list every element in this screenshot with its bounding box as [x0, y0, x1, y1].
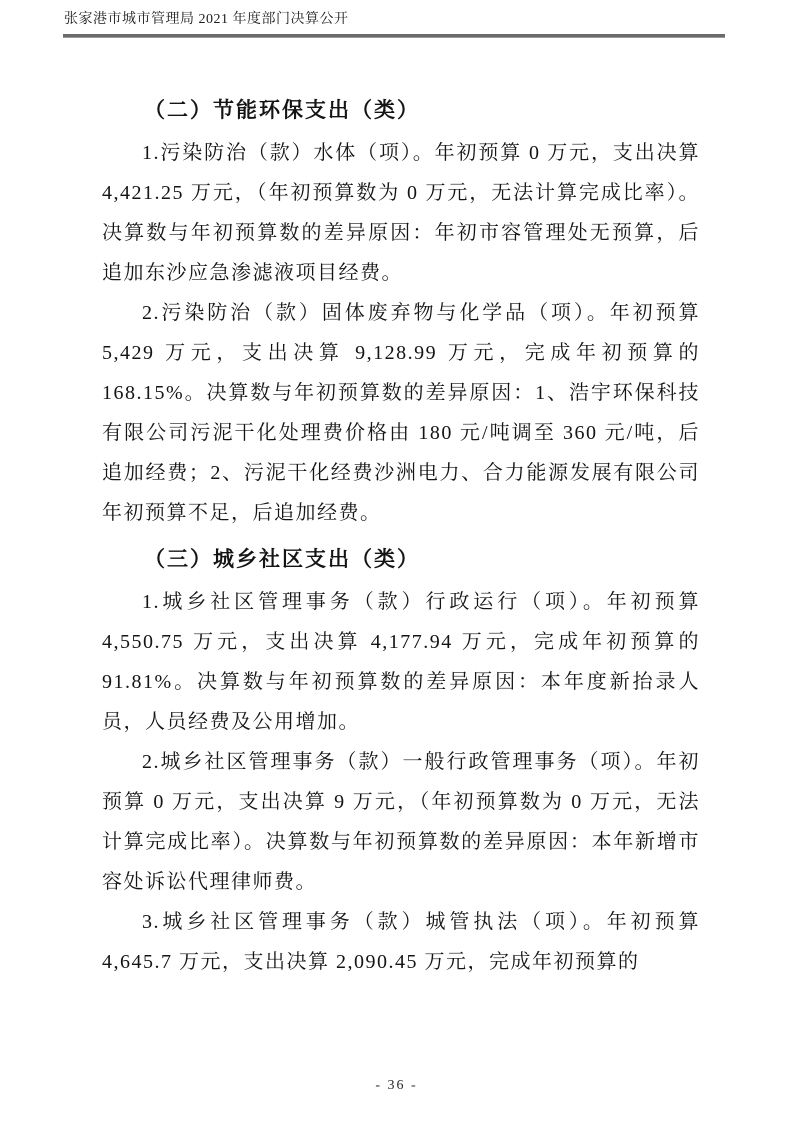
- paragraph-community-admin-operation: 1.城乡社区管理事务（款）行政运行（项）。年初预算 4,550.75 万元，支出…: [102, 582, 700, 742]
- document-body: （二）节能环保支出（类） 1.污染防治（款）水体（项）。年初预算 0 万元，支出…: [102, 84, 700, 982]
- header-rule: [63, 34, 725, 38]
- section-heading-energy-environment: （二）节能环保支出（类）: [102, 90, 700, 130]
- paragraph-community-general-admin: 2.城乡社区管理事务（款）一般行政管理事务（项）。年初预算 0 万元，支出决算 …: [102, 742, 700, 902]
- section-heading-urban-rural-community: （三）城乡社区支出（类）: [102, 539, 700, 579]
- running-header: 张家港市城市管理局 2021 年度部门决算公开: [64, 10, 349, 30]
- paragraph-pollution-water: 1.污染防治（款）水体（项）。年初预算 0 万元，支出决算 4,421.25 万…: [102, 133, 700, 293]
- paragraph-pollution-solid-waste: 2.污染防治（款）固体废弃物与化学品（项）。年初预算 5,429 万元，支出决算…: [102, 293, 700, 533]
- paragraph-community-enforcement: 3.城乡社区管理事务（款）城管执法（项）。年初预算 4,645.7 万元，支出决…: [102, 902, 700, 982]
- page-number: - 36 -: [0, 1078, 793, 1094]
